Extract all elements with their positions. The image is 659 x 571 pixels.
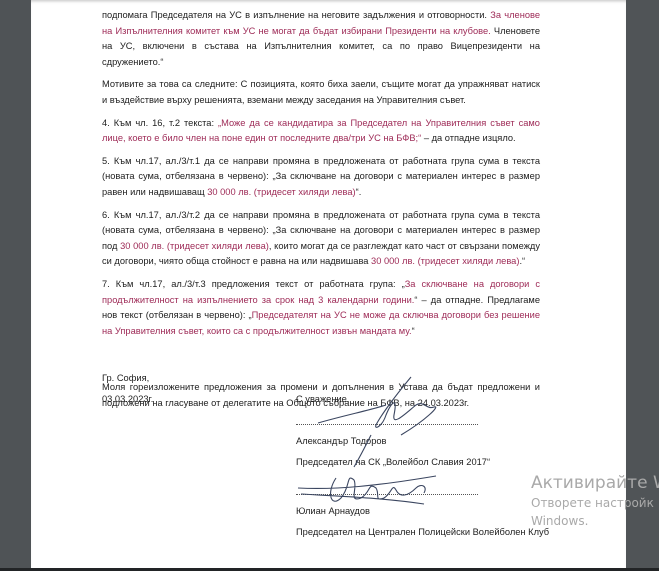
viewer-left-gutter <box>0 0 32 568</box>
body-text: 4. Към чл. 16, т.2 текста: <box>102 118 218 128</box>
signature-line-2 <box>296 494 478 495</box>
paragraph-item-6: 6. Към чл.17, ал./3/т.2 да се направи пр… <box>102 208 540 270</box>
paragraph-motives: Мотивите за това са следните: С позицият… <box>102 77 540 108</box>
date-label: 03.03.2023г. <box>102 394 153 404</box>
body-text: .“ <box>519 256 525 266</box>
body-text: подпомага Председателя на УС в изпълнени… <box>102 10 490 20</box>
proposed-text-red: 30 000 лв. (тридесет хиляди лева) <box>120 241 269 251</box>
watermark-line-2: Отворете настройк <box>531 494 659 512</box>
closing-text: С уважение, <box>296 394 349 404</box>
paragraph-item-7: 7. Към чл.17, ал./3/т.3 предложения текс… <box>102 277 540 339</box>
signatory-name-2: Юлиан Арнаудов <box>296 506 370 516</box>
signature-line-1 <box>296 424 478 425</box>
signatory-name-1: Александър Тодоров <box>296 436 387 446</box>
signatory-title-1: Председател на СК „Волейбол Славия 2017“ <box>296 457 490 467</box>
paragraph-executive-committee: подпомага Председателя на УС в изпълнени… <box>102 8 540 70</box>
proposed-text-red: 30 000 лв. (тридесет хиляди лева) <box>207 187 355 197</box>
proposed-text-red: 30 000 лв. (тридесет хиляди лева) <box>371 256 519 266</box>
signatory-title-2: Председател на Централен Полицейски Воле… <box>296 527 549 537</box>
city-label: Гр. София, <box>102 373 149 383</box>
watermark-line-3: Windows. <box>531 512 659 530</box>
body-text: “ <box>412 326 415 336</box>
body-text: 7. Към чл.17, ал./3/т.3 предложения текс… <box>102 279 405 289</box>
paragraph-item-4: 4. Към чл. 16, т.2 текста: „Може да се к… <box>102 116 540 147</box>
document-body: подпомага Председателя на УС в изпълнени… <box>102 8 540 418</box>
body-text: “. <box>356 187 362 197</box>
windows-activation-watermark: Активирайте W Отворете настройк Windows. <box>531 472 659 530</box>
body-text: Мотивите за това са следните: С позицият… <box>102 79 540 105</box>
paragraph-item-5: 5. Към чл.17, ал./3/т.1 да се направи пр… <box>102 154 540 201</box>
body-text: – да отпадне изцяло. <box>421 133 515 143</box>
watermark-line-1: Активирайте W <box>531 472 659 494</box>
